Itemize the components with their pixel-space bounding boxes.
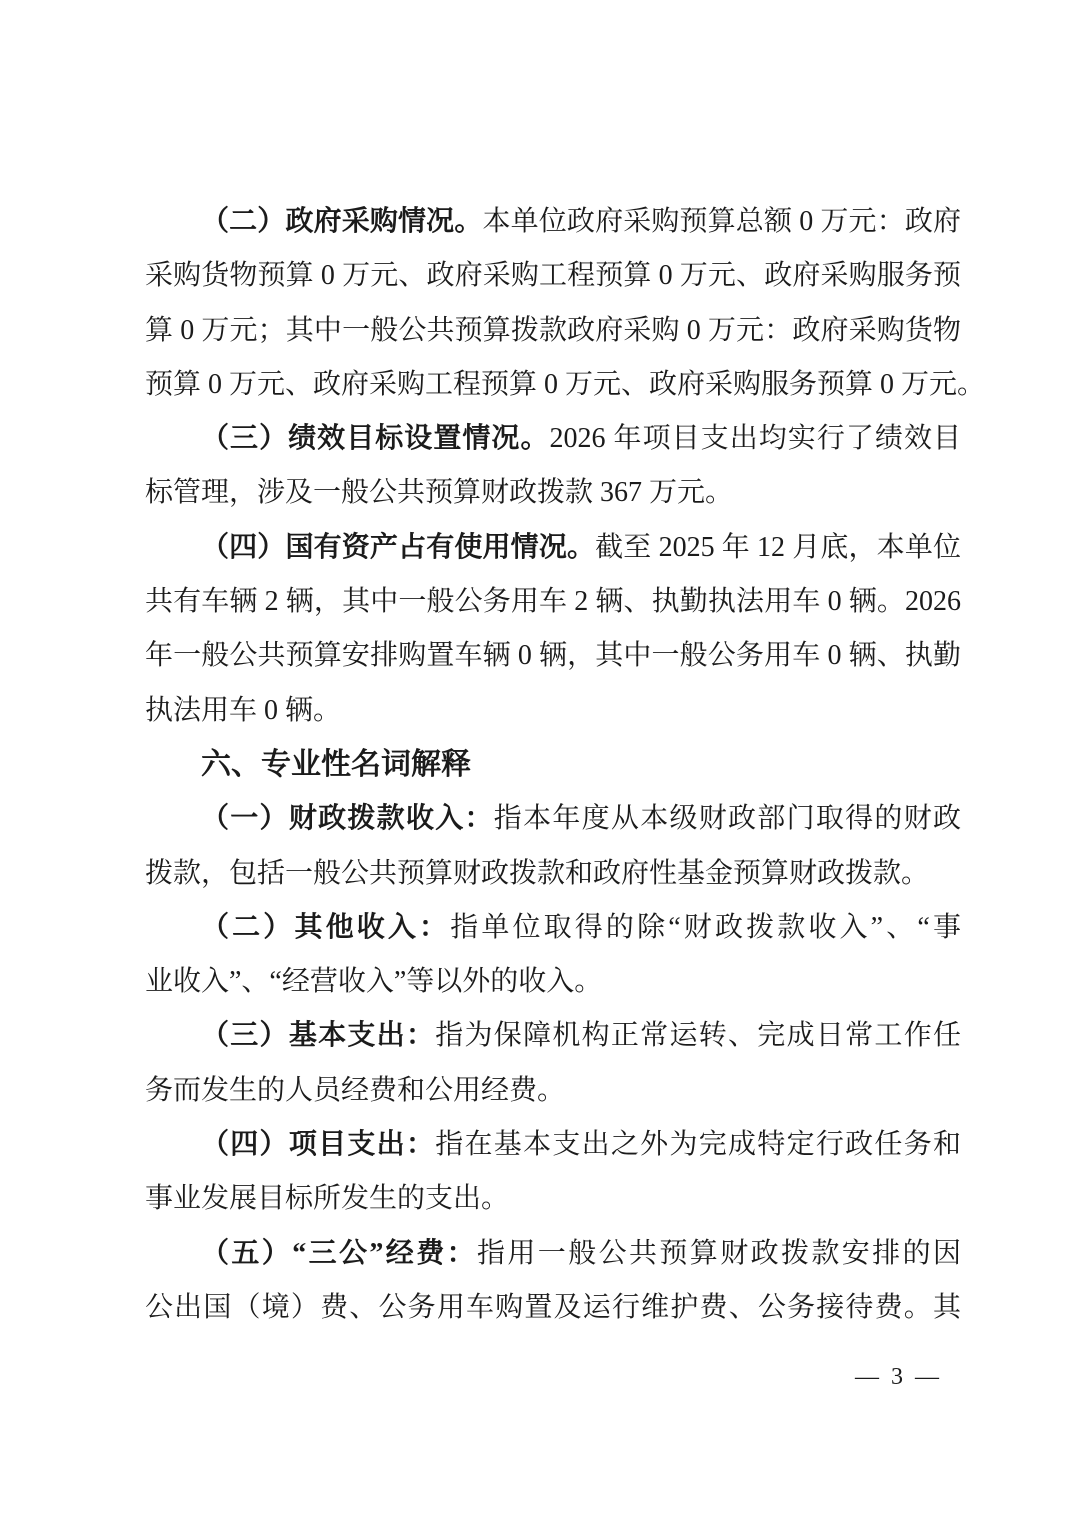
paragraph-text: 事业发展目标所发生的支出。 bbox=[145, 1183, 509, 1214]
paragraph-line: （一）财政拨款收入：指本年度从本级财政部门取得的财政 bbox=[145, 792, 961, 846]
paragraph-text: 指用一般公共预算财政拨款安排的因 bbox=[477, 1238, 961, 1269]
paragraph-lead: （四）项目支出： bbox=[201, 1129, 435, 1160]
paragraph-text: 务而发生的人员经费和公用经费。 bbox=[145, 1075, 565, 1106]
paragraph-line: 预算 0 万元、政府采购工程预算 0 万元、政府采购服务预算 0 万元。 bbox=[145, 358, 961, 412]
paragraph-text: 拨款，包括一般公共预算财政拨款和政府性基金预算财政拨款。 bbox=[145, 858, 929, 889]
paragraph-text: 采购货物预算 0 万元、政府采购工程预算 0 万元、政府采购服务预 bbox=[145, 260, 961, 291]
section-heading: 六、专业性名词解释 bbox=[145, 738, 961, 792]
paragraph-lead: （三）基本支出： bbox=[201, 1020, 435, 1051]
paragraph-line: 务而发生的人员经费和公用经费。 bbox=[145, 1064, 961, 1118]
section-heading-text: 六、专业性名词解释 bbox=[201, 748, 471, 781]
paragraph-text: 指单位取得的除“财政拨款收入”、“事 bbox=[450, 912, 961, 943]
paragraph-line: 公出国（境）费、公务用车购置及运行维护费、公务接待费。其 bbox=[145, 1281, 961, 1335]
paragraph-line: （四）项目支出：指在基本支出之外为完成特定行政任务和 bbox=[145, 1118, 961, 1172]
paragraph-line: 共有车辆 2 辆，其中一般公务用车 2 辆、执勤执法用车 0 辆。2026 bbox=[145, 575, 961, 629]
paragraph-line: （五）“三公”经费：指用一般公共预算财政拨款安排的因 bbox=[145, 1227, 961, 1281]
paragraph-line: 业收入”、“经营收入”等以外的收入。 bbox=[145, 955, 961, 1009]
paragraph-text: 截至 2025 年 12 月底，本单位 bbox=[595, 532, 961, 563]
paragraph-line: （二）政府采购情况。本单位政府采购预算总额 0 万元：政府 bbox=[145, 195, 961, 249]
paragraph-line: 事业发展目标所发生的支出。 bbox=[145, 1172, 961, 1226]
paragraph-lead: （三）绩效目标设置情况。 bbox=[201, 423, 550, 454]
paragraph-text: 年一般公共预算安排购置车辆 0 辆，其中一般公务用车 0 辆、执勤 bbox=[145, 640, 961, 671]
paragraph-lead: （四）国有资产占有使用情况。 bbox=[201, 532, 595, 563]
page-number: — 3 — bbox=[855, 1362, 942, 1392]
paragraph-text: 预算 0 万元、政府采购工程预算 0 万元、政府采购服务预算 0 万元。 bbox=[145, 369, 985, 400]
paragraph-text: 指为保障机构正常运转、完成日常工作任 bbox=[435, 1020, 961, 1051]
paragraph-text: 业收入”、“经营收入”等以外的收入。 bbox=[145, 966, 602, 997]
paragraph-text: 算 0 万元；其中一般公共预算拨款政府采购 0 万元：政府采购货物 bbox=[145, 315, 961, 346]
paragraph-lead: （一）财政拨款收入： bbox=[201, 803, 494, 834]
paragraph-line: （二）其他收入：指单位取得的除“财政拨款收入”、“事 bbox=[145, 901, 961, 955]
document-page-body: （二）政府采购情况。本单位政府采购预算总额 0 万元：政府 采购货物预算 0 万… bbox=[145, 195, 961, 1335]
paragraph-line: 标管理，涉及一般公共预算财政拨款 367 万元。 bbox=[145, 466, 961, 520]
paragraph-line: （三）绩效目标设置情况。2026 年项目支出均实行了绩效目 bbox=[145, 412, 961, 466]
paragraph-line: （三）基本支出：指为保障机构正常运转、完成日常工作任 bbox=[145, 1009, 961, 1063]
paragraph-text: 标管理，涉及一般公共预算财政拨款 367 万元。 bbox=[145, 477, 733, 508]
paragraph-line: 拨款，包括一般公共预算财政拨款和政府性基金预算财政拨款。 bbox=[145, 847, 961, 901]
paragraph-lead: （二）其他收入： bbox=[201, 912, 450, 943]
paragraph-lead: （五）“三公”经费： bbox=[201, 1238, 477, 1269]
paragraph-text: 执法用车 0 辆。 bbox=[145, 695, 341, 726]
paragraph-line: 执法用车 0 辆。 bbox=[145, 684, 961, 738]
paragraph-line: 采购货物预算 0 万元、政府采购工程预算 0 万元、政府采购服务预 bbox=[145, 249, 961, 303]
paragraph-text: 指本年度从本级财政部门取得的财政 bbox=[494, 803, 961, 834]
paragraph-line: 年一般公共预算安排购置车辆 0 辆，其中一般公务用车 0 辆、执勤 bbox=[145, 629, 961, 683]
paragraph-text: 2026 年项目支出均实行了绩效目 bbox=[550, 423, 962, 454]
paragraph-line: （四）国有资产占有使用情况。截至 2025 年 12 月底，本单位 bbox=[145, 521, 961, 575]
paragraph-text: 指在基本支出之外为完成特定行政任务和 bbox=[435, 1129, 961, 1160]
paragraph-line: 算 0 万元；其中一般公共预算拨款政府采购 0 万元：政府采购货物 bbox=[145, 304, 961, 358]
paragraph-text: 公出国（境）费、公务用车购置及运行维护费、公务接待费。其 bbox=[145, 1292, 961, 1323]
paragraph-lead: （二）政府采购情况。 bbox=[201, 206, 482, 237]
paragraph-text: 共有车辆 2 辆，其中一般公务用车 2 辆、执勤执法用车 0 辆。2026 bbox=[145, 586, 961, 617]
paragraph-text: 本单位政府采购预算总额 0 万元：政府 bbox=[482, 206, 961, 237]
